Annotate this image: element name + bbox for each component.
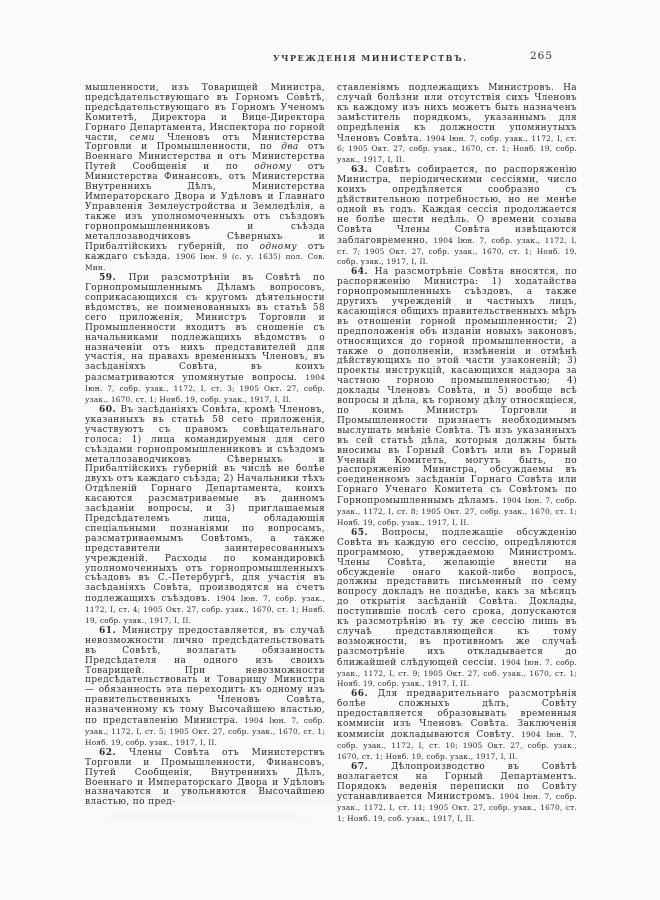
article-number: 67. [351, 762, 391, 772]
body-text: При разсмотрѣніи въ Совѣтѣ по Горнопромы… [85, 273, 325, 383]
body-text: Совѣтъ собирается, по распоряженію Минис… [337, 165, 577, 245]
article-number: 66. [351, 689, 378, 699]
article-paragraph: 59. При разсмотрѣніи въ Совѣтѣ по Горноп… [85, 274, 325, 406]
article-paragraph: мышленности, изъ Товарищей Министра, пре… [85, 84, 325, 274]
emphasized-word: семи [130, 133, 155, 143]
article-paragraph: 65. Вопросы, подлежащіе обсужденію Совѣт… [337, 529, 577, 691]
article-paragraph: 61. Министру предоставляется, въ случаѣ … [85, 627, 325, 749]
page-number: 265 [530, 50, 553, 62]
article-number: 61. [99, 626, 122, 636]
article-number: 62. [99, 748, 129, 758]
article-paragraph: 66. Для предварительнаго разсмотрѣнія бо… [337, 690, 577, 762]
emphasized-word: два [281, 142, 298, 152]
book-page: УЧРЕЖДЕНІЯ МИНИСТЕРСТВЪ. 265 мышленности… [0, 0, 660, 900]
body-text: На разсмотрѣніе Совѣта вносятся, по расп… [337, 267, 577, 506]
article-number: 64. [351, 267, 375, 277]
emphasized-word: одному [254, 162, 291, 172]
scan-artifact [95, 812, 315, 822]
article-number: 63. [351, 165, 375, 175]
article-number: 59. [99, 273, 129, 283]
left-column: мышленности, изъ Товарищей Министра, пре… [85, 84, 325, 825]
article-paragraph: ставленіямъ подлежащихъ Министровъ. На с… [337, 84, 577, 166]
article-paragraph: 64. На разсмотрѣніе Совѣта вносятся, по … [337, 268, 577, 529]
article-number: 65. [351, 528, 382, 538]
article-number: 60. [99, 405, 120, 415]
article-paragraph: 60. Въ засѣданіяхъ Совѣта, кромѣ Членовъ… [85, 406, 325, 627]
body-text: отъ Министерства Финансовъ, отъ Министер… [85, 162, 325, 251]
body-text: Въ засѣданіяхъ Совѣта, кромѣ Членовъ, ук… [85, 405, 325, 604]
scan-artifact [90, 790, 390, 804]
right-column: ставленіямъ подлежащихъ Министровъ. На с… [337, 84, 577, 825]
body-text: Вопросы, подлежащіе обсужденію Совѣта въ… [337, 528, 577, 668]
emphasized-word: одному [260, 242, 297, 252]
text-columns: мышленности, изъ Товарищей Министра, пре… [85, 84, 577, 825]
body-text: Министру предоставляется, въ случаѣ нево… [85, 626, 325, 726]
article-paragraph: 63. Совѣтъ собирается, по распоряженію М… [337, 166, 577, 268]
running-title: УЧРЕЖДЕНІЯ МИНИСТЕРСТВЪ. [273, 53, 468, 63]
page-header: УЧРЕЖДЕНІЯ МИНИСТЕРСТВЪ. 265 [0, 50, 660, 66]
